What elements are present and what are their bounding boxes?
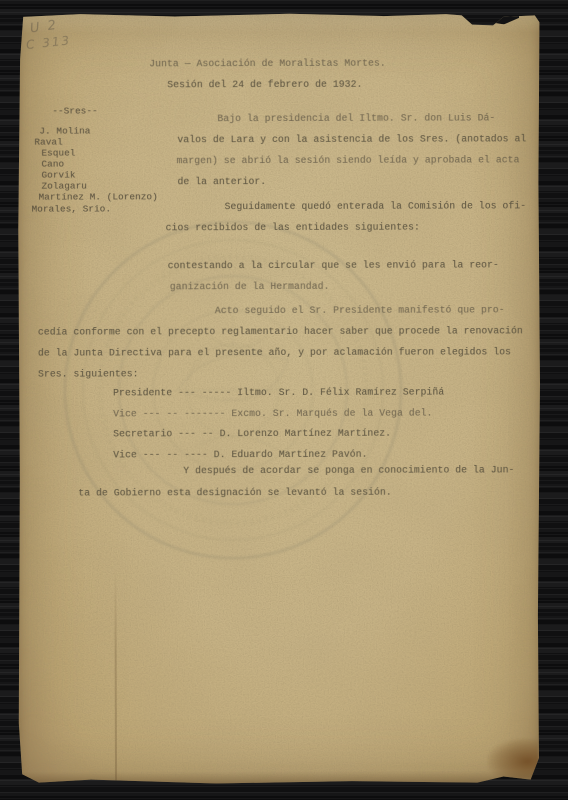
paper-bottom-shadow	[19, 770, 541, 785]
body-line: cios recibidos de las entidades siguient…	[166, 222, 420, 234]
officer-line: Vice --- -- ------- Excmo. Sr. Marqués d…	[113, 408, 432, 420]
attendee-name: Raval	[34, 137, 62, 148]
body-line: ganización de la Hermandad.	[170, 281, 330, 292]
body-line: cedía conforme con el precepto reglament…	[38, 325, 523, 337]
body-line: Acto seguido el Sr. Presidente manifestó…	[215, 304, 505, 316]
attendee-name: Esquel	[41, 148, 75, 159]
body-line: Bajo la presidencia del Iltmo. Sr. don L…	[217, 112, 495, 124]
officer-line: Secretario --- -- D. Lorenzo Martínez Ma…	[113, 428, 391, 440]
body-line: Seguidamente quedó enterada la Comisión …	[224, 200, 526, 212]
attendee-name: Martínez M. (Lorenzo)	[38, 191, 157, 202]
attendee-name: Cano	[41, 159, 64, 170]
paper-surface: U 2 C 313 Junta — Asociación de Moralist…	[17, 12, 541, 785]
body-line: de la anterior.	[177, 176, 266, 187]
officer-line: Vice --- -- ---- D. Eduardo Martínez Pav…	[113, 449, 367, 461]
title-line: Junta — Asociación de Moralistas Mortes.	[149, 58, 386, 70]
attendee-name: Gorvik	[41, 170, 75, 181]
closing-line: ta de Gobierno esta designación se levan…	[78, 487, 391, 499]
officer-line: Presidente --- ----- Iltmo. Sr. D. Félix…	[113, 387, 444, 399]
attendees-header: --Sres--	[52, 105, 97, 116]
body-line: valos de Lara y con la asistencia de los…	[177, 133, 526, 145]
body-line: Sres. siguientes:	[38, 368, 139, 379]
attendee-name: Zolagaru	[41, 181, 86, 192]
body-line: de la Junta Directiva para el presente a…	[38, 346, 511, 358]
typewritten-text-layer: U 2 C 313 Junta — Asociación de Moralist…	[17, 12, 541, 785]
document-page: U 2 C 313 Junta — Asociación de Moralist…	[18, 13, 540, 785]
pencil-annotation-line1: U 2	[29, 18, 59, 37]
closing-line: Y después de acordar se ponga en conocim…	[183, 464, 514, 476]
body-line: contestando a la circular que se les env…	[168, 259, 499, 271]
body-line: margen) se abrió la sesión siendo leída …	[176, 154, 519, 166]
attendee-name: J. Molina	[39, 125, 90, 136]
date-line: Sesión del 24 de febrero de 1932.	[167, 79, 362, 91]
attendee-name: Morales, Srio.	[31, 203, 111, 214]
